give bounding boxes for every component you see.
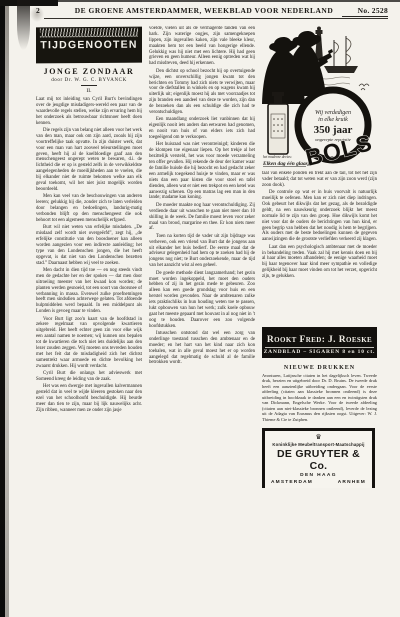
article-column-1: TIJDGENOOTEN JONGE ZONDAAR door Dr. W. G… [36,26,142,488]
bols-devies-label: het moderne devies: [263,155,292,159]
article-columns: TIJDGENOOTEN JONGE ZONDAAR door Dr. W. G… [36,26,377,488]
article-part-number: II. [36,88,142,94]
byline-rule [81,85,97,86]
article-paragraph: Men kan veel van de beschouwingen van an… [36,194,142,223]
ring-line1: Wij verdedigen [315,110,351,116]
header-rule [44,18,388,19]
article-title: JONGE ZONDAAR [36,67,142,76]
article-body-col3: taal van enkele ponden en trekt aan de t… [262,171,377,323]
masthead-banner: TIJDGENOOTEN [36,28,142,63]
article-column-2: voelde, vielen uit als de vermagerde tan… [149,26,255,488]
nieuwe-drukken-heading: NIEUWE DRUKKEN [262,365,377,371]
crown-icon: ♛ [268,434,369,441]
roeske-advertisement: Rookt Fred: J. Roeske ZANDBLAD – SIGAREN… [262,327,377,358]
ring-line2: in elke kruik [318,117,348,123]
article-paragraph: Laat mij tot inleiding van Cyril Burt's … [36,97,142,126]
scan-edge-left-shade [5,0,9,617]
article-paragraph: Cyril Burt die onlangs het advieswerk me… [36,371,142,383]
bols-ad-illustration: Wij verdedigen in elke kruik 350 jaar on… [262,26,377,168]
scan-edge-top [0,0,400,2]
bols-advertisement: Wij verdedigen in elke kruik 350 jaar on… [262,26,377,168]
nieuwe-drukken-body: Avonturen, Latijnsche citaten in het dag… [262,373,377,423]
gruyter-city-row: AMSTERDAM ARNHEM [268,480,369,488]
article-paragraph: Burt wil niet weten van erfelijke misdad… [36,225,142,266]
newspaper-title: DE GROENE AMSTERDAMMER, WEEKBLAD VOOR NE… [66,6,342,15]
article-paragraph: De moeder maakte nog haar verontschuldig… [149,203,255,232]
gruyter-city-right: ARNHEM [338,480,366,485]
gruyter-city-main: DEN HAAG [268,473,369,478]
bols-devies: Elken dag één glaasje [262,161,312,167]
article-paragraph: Het huisraad was niet verontreinigd; kin… [149,142,255,201]
masthead-ornament [40,28,138,38]
article-body-col1: Laat mij tot inleiding van Cyril Burt's … [36,97,142,414]
masthead-title: TIJDGENOOTEN [36,38,142,54]
article-paragraph: De goede methode dient langzamerhand; he… [149,271,255,330]
gruyter-city-left: AMSTERDAM [271,480,313,485]
scan-smudge [17,0,30,50]
article-paragraph: voelde, vielen uit als de vermagerde tan… [149,26,255,67]
gruyter-company-line: Koninklijke Meubeltransport-Maatschappij [268,442,369,447]
article-byline: door Dr. W. G. C. BYVANCK [36,78,142,83]
page-header: 2 DE GROENE AMSTERDAMMER, WEEKBLAD VOOR … [36,6,388,18]
article-paragraph: Toen na korten tijd de vader uit zijn bi… [149,234,255,269]
raised-glass [328,49,333,54]
gruyter-advertisement: ♛ Koninklijke Meubeltransport-Maatschapp… [262,428,375,488]
article-paragraph: De controle op wat er in huis voorvalt i… [262,190,377,243]
article-paragraph: Laat dan een psychologisch ambtenaar met… [262,245,377,280]
article-column-3: Wij verdedigen in elke kruik 350 jaar on… [262,26,377,488]
article-paragraph: Men dacht in dien tijd toe — en nog stee… [36,268,142,315]
page-number: 2 [36,6,66,15]
article-paragraph: Voor Burt ligt zoo'n kaart van de hoofds… [36,317,142,370]
article-paragraph: Een maandlang onderzoek liet vanbinnen d… [149,117,255,141]
article-paragraph: Intusschen ontstond dat wel een zorg van… [149,331,255,366]
article-paragraph: Den dichtst op school bezocht hij op ove… [149,69,255,116]
gruyter-name: DE GRUYTER & Co. [268,448,369,472]
article-paragraph: taal van enkele ponden en trekt aan de t… [262,171,377,189]
article-paragraph: Het was een dwergje met ingevallen kalve… [36,384,142,413]
roeske-ad-brand: Rookt Fred: J. Roeske [265,336,374,348]
roeske-ad-product: ZANDBLAD – SIGAREN 8 en 10 ct. [263,349,376,355]
article-paragraph: Die regels zijn van belang niet alleen v… [36,128,142,193]
bird-doodle [359,84,369,90]
